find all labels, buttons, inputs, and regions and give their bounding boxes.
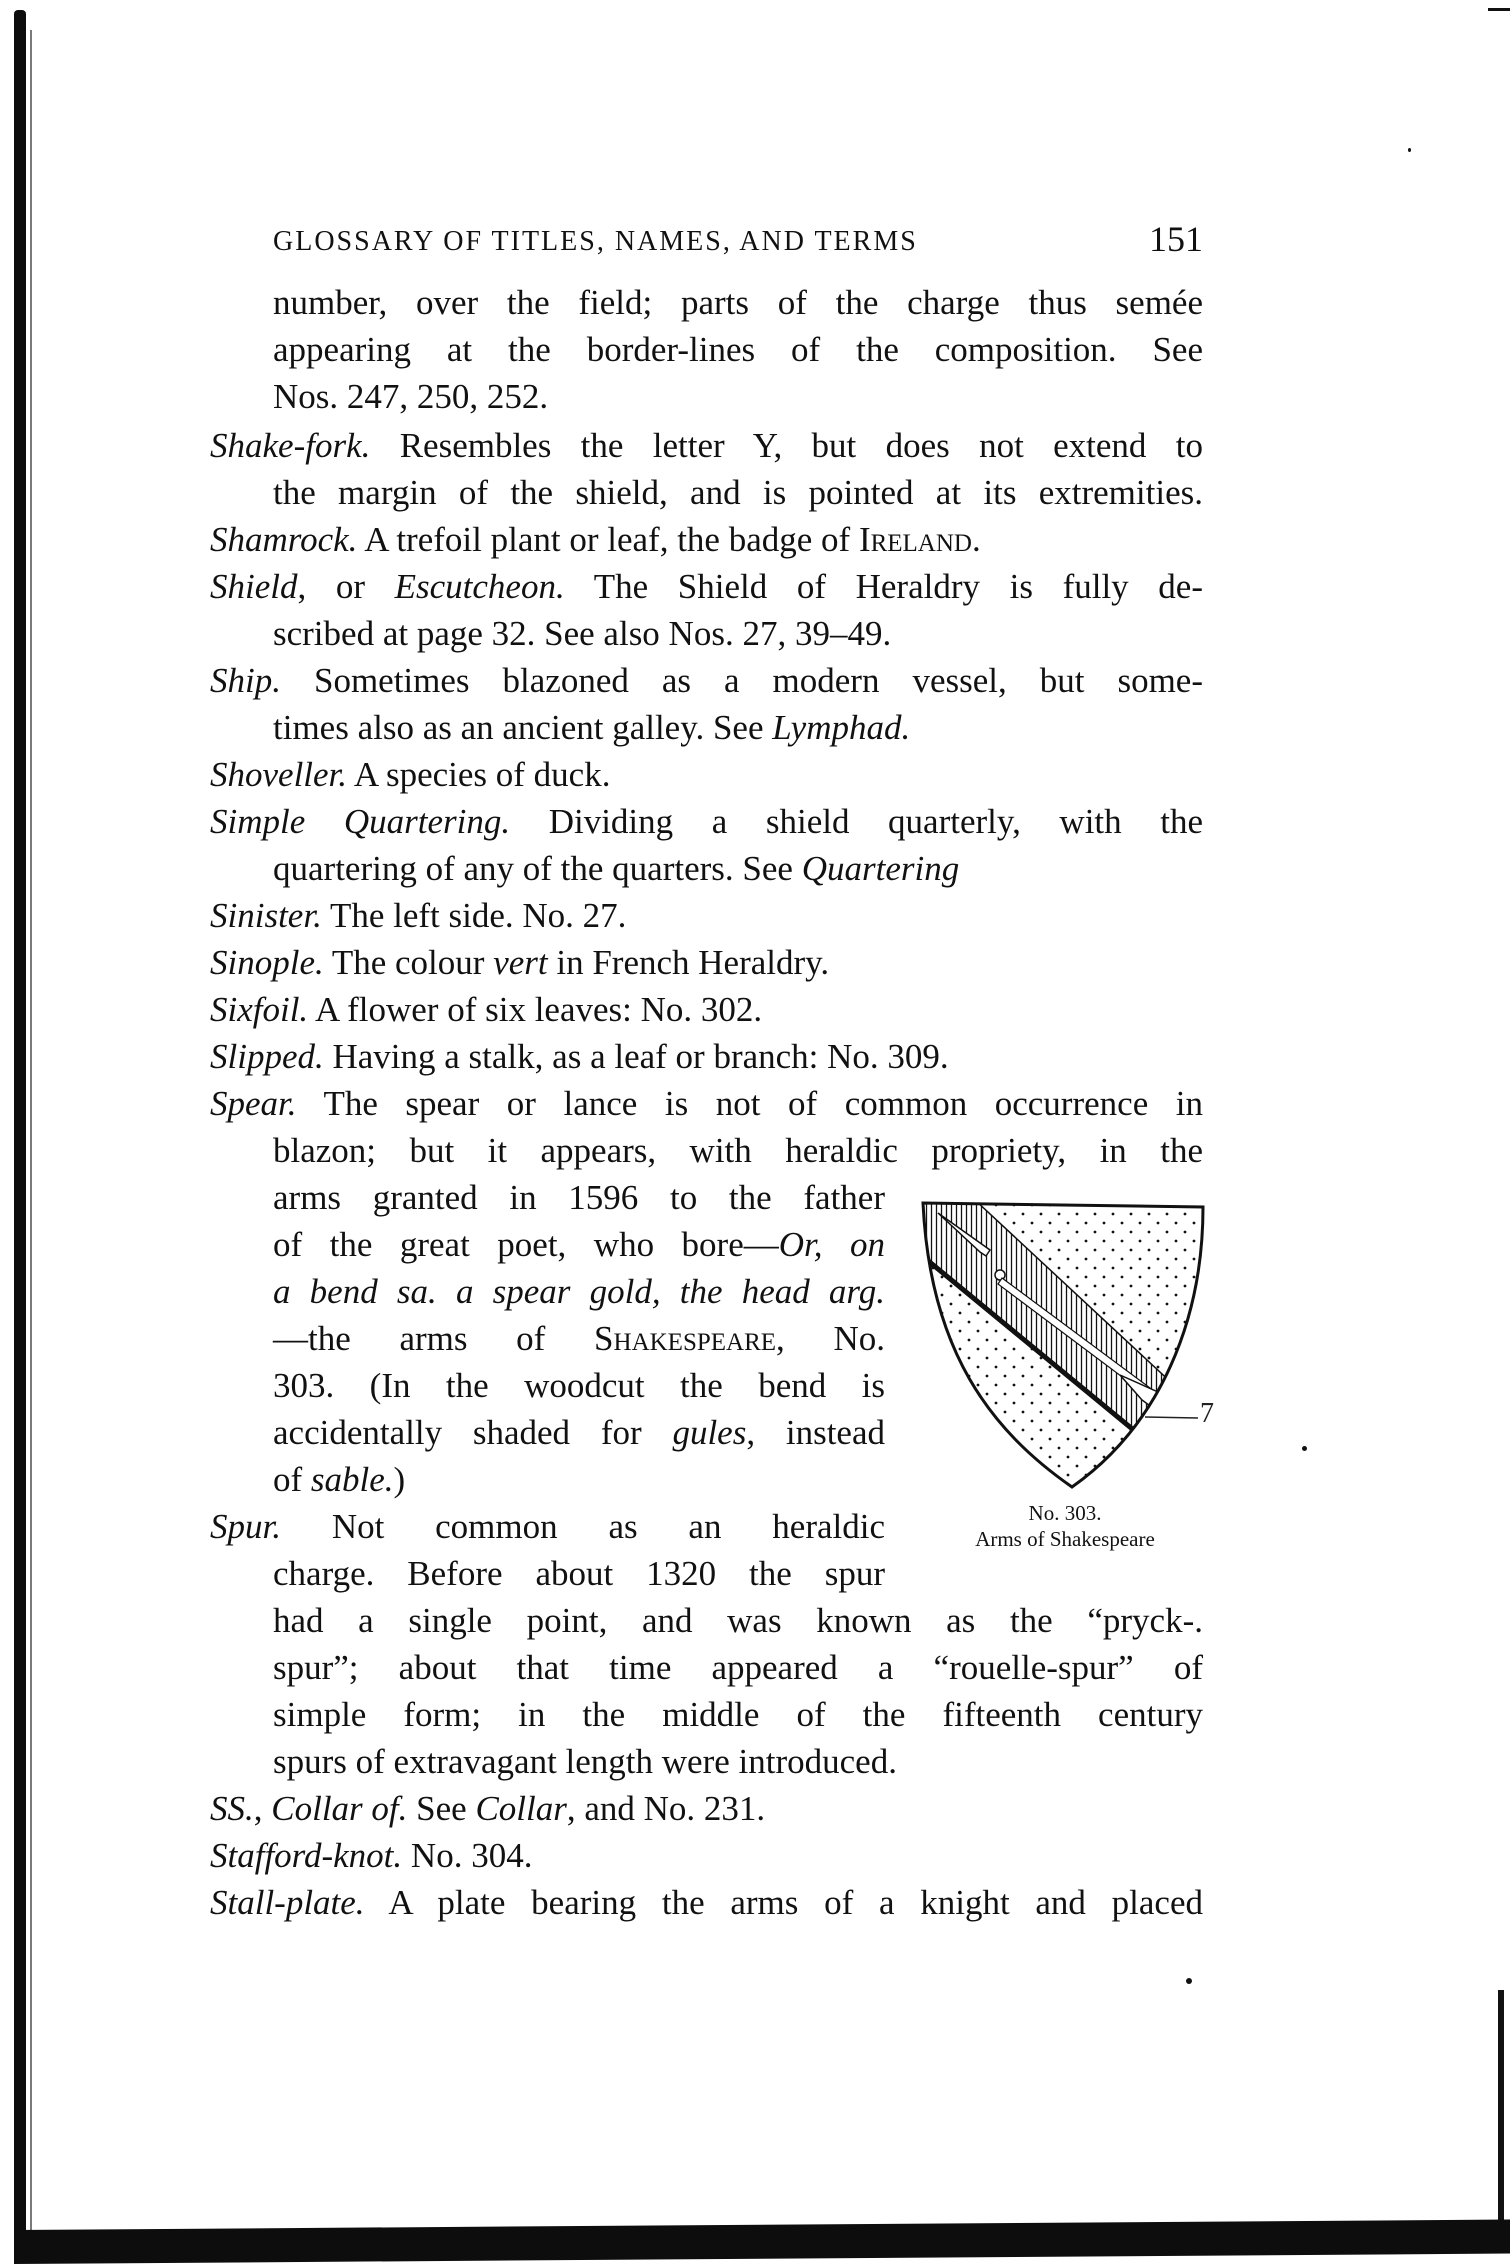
entry-spur-cont-4: spur”; about that time appeared a “rouel… (273, 1644, 1203, 1691)
term: Stafford-knot. (210, 1836, 402, 1875)
entry-sixfoil: Sixfoil. A flower of six leaves: No. 302… (210, 986, 1203, 1033)
entry-ss-collar: SS., Collar of. See Collar, and No. 231. (210, 1785, 1203, 1832)
running-header: GLOSSARY OF TITLES, NAMES, AND TERMS 151 (273, 218, 1203, 265)
term: Spear. (210, 1084, 297, 1123)
entry-ship-cont: times also as an ancient galley. See Lym… (273, 704, 1203, 751)
entry-spear-cont-5: a bend sa. a spear gold, the head arg. (273, 1268, 885, 1315)
term: Sinister. (210, 896, 322, 935)
term: Shake-fork. (210, 426, 370, 465)
scan-left-edge-line (30, 30, 32, 2230)
scan-bottom-edge (14, 2220, 1510, 2264)
entry-shoveller: Shoveller. A species of duck. (210, 751, 1203, 798)
term: Sinople. (210, 943, 324, 982)
entry-spur: Spur. Not common as an heraldic (210, 1503, 885, 1550)
entry-shake-fork-cont: the margin of the shield, and is pointed… (273, 469, 1203, 516)
term: Simple Quartering. (210, 802, 510, 841)
margin-mark-icon: 7 (1140, 1380, 1220, 1460)
scan-speck (1186, 1978, 1192, 1984)
entry-spear-cont-9: of sable.) (273, 1456, 885, 1503)
term: Ship. (210, 661, 281, 700)
entry-stall-plate: Stall-plate. A plate bearing the arms of… (210, 1879, 1203, 1926)
entry-slipped: Slipped. Having a stalk, as a leaf or br… (210, 1033, 1203, 1080)
entry-sinister: Sinister. The left side. No. 27. (210, 892, 1203, 939)
entry-spur-cont-2: charge. Before about 1320 the spur (273, 1550, 885, 1597)
page-number: 151 (1149, 216, 1203, 263)
entry-ship: Ship. Sometimes blazoned as a modern ves… (210, 657, 1203, 704)
scan-speck (1302, 1446, 1307, 1451)
term: Spur. (210, 1507, 281, 1546)
scan-right-edge (1498, 1990, 1504, 2240)
entry-spear-cont-7: 303. (In the woodcut the bend is (273, 1362, 885, 1409)
term: SS. (210, 1789, 254, 1828)
term: Sixfoil. (210, 990, 308, 1029)
continuation-line-2: appearing at the border-lines of the com… (273, 326, 1203, 373)
continuation-line-3: Nos. 247, 250, 252. (273, 373, 1203, 420)
entry-spear-cont-3: arms granted in 1596 to the father (273, 1174, 885, 1221)
scan-left-edge (14, 10, 26, 2250)
entry-sinople: Sinople. The colour vert in French Heral… (210, 939, 1203, 986)
entry-shield: Shield, or Escutcheon. The Shield of Her… (210, 563, 1203, 610)
book-page: GLOSSARY OF TITLES, NAMES, AND TERMS 151… (0, 0, 1510, 2264)
entry-spear: Spear. The spear or lance is not of comm… (210, 1080, 1203, 1127)
entry-spear-cont-8: accidentally shaded for gules, instead (273, 1409, 885, 1456)
entry-shield-cont: scribed at page 32. See also Nos. 27, 39… (273, 610, 1203, 657)
scan-speck (1408, 148, 1411, 152)
scan-corner-mark (1488, 8, 1510, 11)
term: Stall-plate. (210, 1883, 365, 1922)
figure-number: No. 303. (930, 1500, 1200, 1526)
term: Shamrock. (210, 520, 357, 559)
running-title: GLOSSARY OF TITLES, NAMES, AND TERMS (273, 226, 918, 257)
entry-shake-fork: Shake-fork. Resembles the letter Y, but … (210, 422, 1203, 469)
entry-spear-cont-4: of the great poet, who bore—Or, on (273, 1221, 885, 1268)
entry-spur-cont-3: had a single point, and was known as the… (273, 1597, 1203, 1644)
entry-simple-quartering: Simple Quartering. Dividing a shield qua… (210, 798, 1203, 845)
continuation-line-1: number, over the field; parts of the cha… (273, 279, 1203, 326)
entry-spear-cont-2: blazon; but it appears, with heraldic pr… (273, 1127, 1203, 1174)
entry-spur-cont-5: simple form; in the middle of the fiftee… (273, 1691, 1203, 1738)
entry-stafford-knot: Stafford-knot. No. 304. (210, 1832, 1203, 1879)
entry-simple-quartering-cont: quartering of any of the quarters. See Q… (273, 845, 1203, 892)
entry-shamrock: Shamrock. A trefoil plant or leaf, the b… (210, 516, 1203, 563)
term: Shield (210, 567, 297, 606)
svg-text:7: 7 (1200, 1398, 1214, 1429)
entry-spur-cont-6: spurs of extravagant length were introdu… (273, 1738, 1203, 1785)
figure-caption: Arms of Shakespeare (930, 1526, 1200, 1552)
term: Shoveller. (210, 755, 347, 794)
term: Slipped. (210, 1037, 324, 1076)
entry-spear-cont-6: —the arms of Shakespeare, No. (273, 1315, 885, 1362)
